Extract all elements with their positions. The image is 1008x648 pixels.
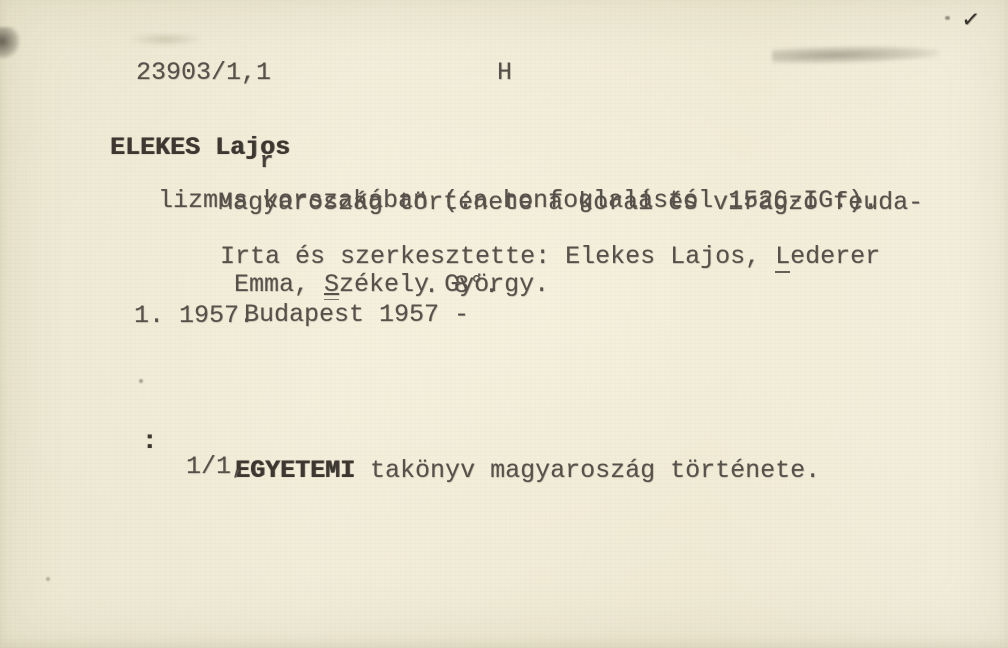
note-continuation: 1/1, xyxy=(186,452,246,481)
superscript-insertion: r xyxy=(260,147,273,176)
format-statement: . 8°. xyxy=(424,271,499,300)
paper-smear xyxy=(128,33,203,46)
subject-note: EGYETEMI takönyv magyaroszág története. xyxy=(175,427,820,514)
pencil-dot xyxy=(945,16,950,20)
subject-note-keyword: EGYETEMI xyxy=(235,456,355,485)
holdings-line: 1. 1957. xyxy=(134,301,254,330)
subject-note-text: takönyv magyaroszág története. xyxy=(355,456,820,485)
pencil-smudge xyxy=(772,44,940,65)
underlined-initial: L xyxy=(775,242,790,273)
ink-smudge xyxy=(0,27,20,59)
paper-speck xyxy=(139,379,143,383)
call-number: 23903/1,1 xyxy=(136,58,271,87)
catalog-card: ✓ 23903/1,1 H ELEKES Lajos Magyarország … xyxy=(0,0,1008,648)
responsibility-line-1-post: ederer xyxy=(790,242,880,271)
imprint-place-date: Budapest 1957 - xyxy=(244,300,469,329)
section-letter: H xyxy=(497,58,512,87)
paper-speck xyxy=(46,577,50,581)
subject-note-colon: : xyxy=(142,427,157,456)
checkmark-icon: ✓ xyxy=(961,3,979,35)
title-line-2: lizmus korszakában (:a honfoglalástól 15… xyxy=(158,186,878,215)
